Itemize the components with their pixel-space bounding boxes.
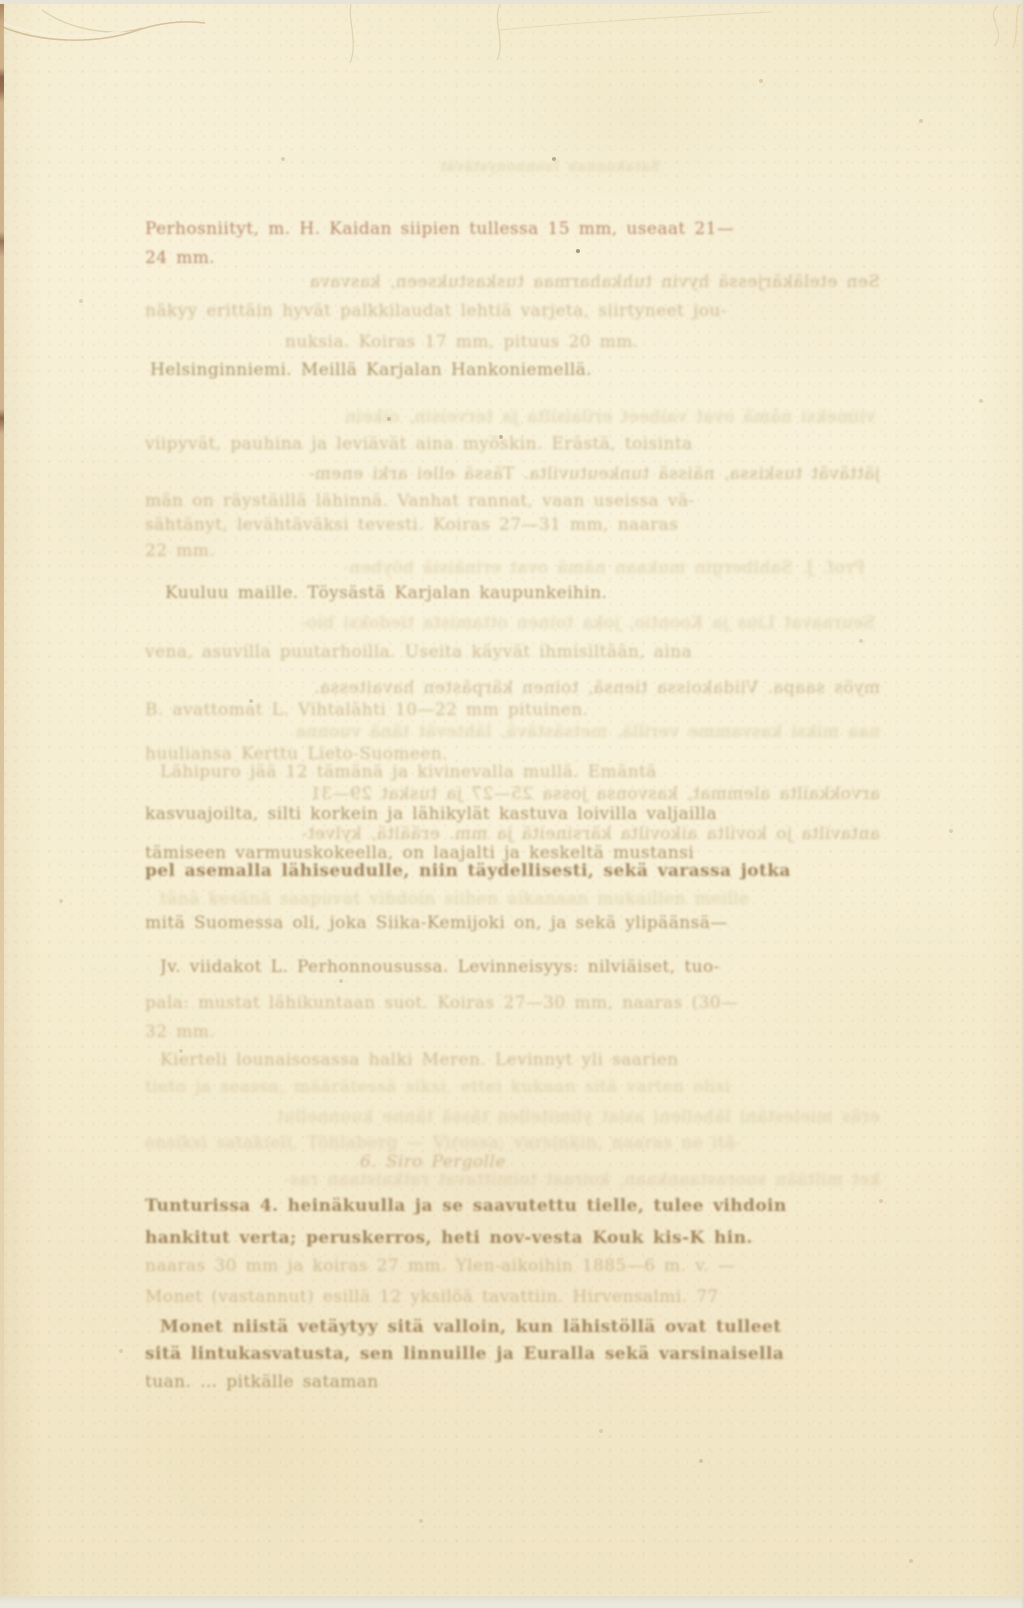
faded-text-line: Kuuluu maille. Töysästä Karjalan kaupunk…: [165, 582, 725, 605]
ghost-text-line: naa miksi kasvamme verillä, metsästävä, …: [145, 721, 880, 744]
faded-text-line: näkyy erittäin hyvät palkkilaudat lehtiä…: [145, 300, 880, 323]
faded-text-line: tuan. … pitkälle sataman: [145, 1371, 500, 1394]
faded-text-line: 24 mm.: [145, 247, 217, 270]
faded-text-line: B. avattomat L. Vihtalähti 10—22 mm pitu…: [145, 699, 790, 722]
ghost-text-line: jättävät tuskissa, näissä tunkeutuvilta.…: [145, 463, 880, 486]
top-scan-edge: [0, 0, 1024, 4]
faded-text-line: hankitut verta; peruskerros, heti nov-ve…: [145, 1227, 880, 1250]
foxing-specks: [0, 0, 2, 2]
ghost-text-line: Prof. J. Sahlbergin mukaan nämä ovat eri…: [165, 557, 865, 580]
faded-text-line: mitä Suomessa oli, joka Siika-Kemijoki o…: [145, 912, 880, 935]
ghost-text-line: viimeksi nämä ovat vaiheet erilaisilta j…: [160, 406, 875, 429]
ghost-text-line: tieto ja seassa, määrätessä siksi, ettei…: [145, 1076, 865, 1099]
faded-text-line: Lähipuro jää 12 tämänä ja kivinevalla mu…: [160, 761, 860, 784]
faded-text-line: pel asemalla lähiseudulle, niin täydelli…: [145, 860, 880, 883]
faded-text-line: Jv. viidakot L. Perhonnousussa. Levinnei…: [160, 956, 880, 979]
faded-text-line: sitä lintukasvatusta, sen linnuille ja E…: [145, 1343, 880, 1366]
ghost-text-line: ket miltään suorastaankaan, koiraat toim…: [145, 1169, 880, 1192]
faded-text-line: Kierteli lounaisosassa halki Meren. Levi…: [160, 1049, 860, 1072]
faded-text-line: sähtänyt, levähtäväksi tevesti. Koiras 2…: [145, 514, 880, 537]
faded-text-line: 32 mm.: [145, 1021, 241, 1044]
faded-text-line: män on räystäillä lähinnä. Vanhat rannat…: [145, 490, 880, 513]
ghost-text-line: tänä kesänä saapuvat vihdoin siihen aika…: [160, 888, 880, 911]
ghost-text-line: myös saapa. Viidakoissa tiensä, toinen k…: [145, 677, 880, 700]
faded-text-line: pala: mustat lähikuntaan suot. Koiras 27…: [145, 992, 880, 1015]
left-page-edge: [0, 0, 4, 1608]
faded-text-line: viipyvät, pauhina ja leviävät aina myösk…: [145, 433, 880, 456]
faded-text-line: Perhosniityt, m. H. Kaidan siipien tulle…: [145, 218, 880, 241]
faded-text-line: Monet (vastannut) esillä 12 yksilöä tava…: [145, 1286, 845, 1309]
faded-text-line: Monet niistä vetäytyy sitä valloin, kun …: [160, 1316, 880, 1339]
faded-text-line: vena, asuvilla puutarhoilla. Useita käyv…: [145, 641, 880, 664]
running-head-ghost: Satakunnan luonnonystävät: [420, 156, 660, 179]
scanned-page: Satakunnan luonnonystävät Perhosniityt, …: [0, 0, 1024, 1608]
faded-text-line: naaras 30 mm ja koiras 27 mm. Ylen-aikoi…: [145, 1255, 880, 1278]
faded-text-line: Helsinginniemi. Meillä Karjalan Hankonie…: [150, 359, 715, 382]
ghost-text-line: Sen eteläkärjessä hyvin tuhkaharmaa tusk…: [150, 271, 880, 294]
bottom-scan-edge: [0, 1596, 1024, 1608]
ghost-text-line: eräs mielestäni lähelleni asiat ylimitel…: [145, 1106, 880, 1129]
ghost-text-line: Seuraavat Lius ja Koontio, joka toinen o…: [160, 612, 875, 635]
faded-text-line: nuksia. Koiras 17 mm, pituus 20 mm.: [285, 331, 665, 354]
faded-text-line: Tunturissa 4. heinäkuulla ja se saavutet…: [145, 1195, 880, 1218]
